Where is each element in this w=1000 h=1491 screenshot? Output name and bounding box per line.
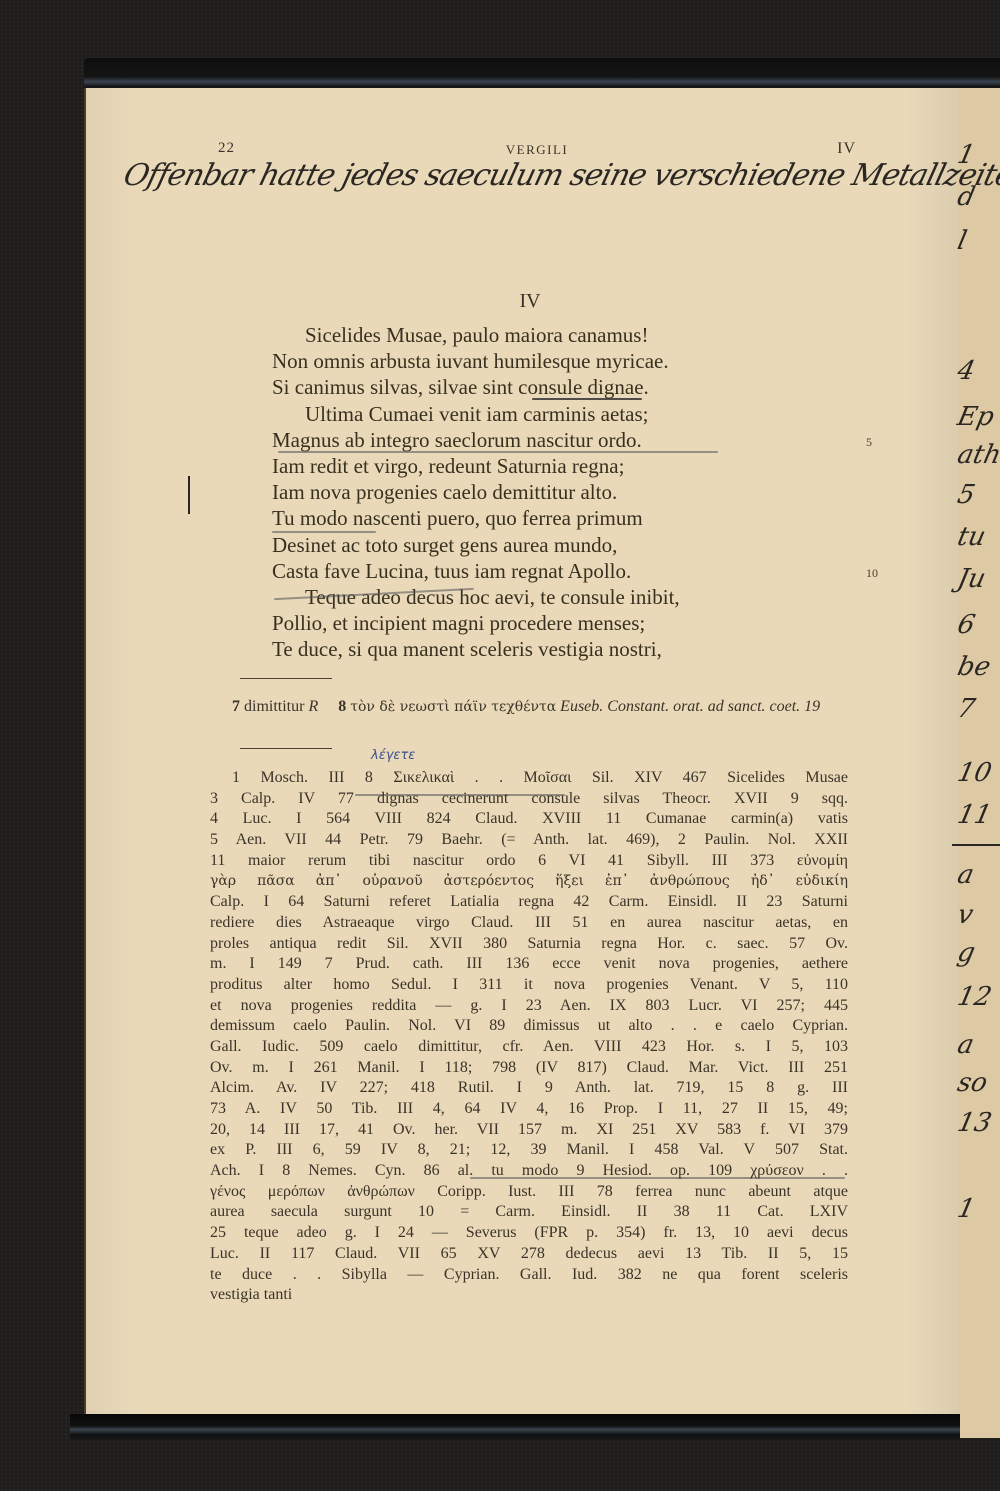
note-line: 11 maior rerum tibi nascitur ordo 6 VI 4… [210,851,848,872]
book-cover-bottom-edge [70,1414,960,1440]
note-line: vestigia tanti [210,1285,848,1306]
verse-line: Iam nova progenies caelo demittitur alto… [272,479,872,505]
note-line: Alcim. Av. IV 227; 418 Rutil. I 9 Anth. … [210,1078,848,1099]
verse-line: Ultima Cumaei venit iam carminis aetas; [272,401,872,427]
verse-text: Pollio, et incipient magni procedere men… [272,611,645,635]
verse-ref: 8 [338,698,346,715]
verse-text: Tu modo nascenti puero, quo ferrea primu… [272,506,643,530]
note-line: Gall. Iudic. 509 caelo dimittitur, cfr. … [210,1037,848,1058]
note-line: Luc. II 117 Claud. VII 65 XV 278 dedecus… [210,1244,848,1265]
note-line: demissum caelo Paulin. Nol. VI 89 dimiss… [210,1016,848,1037]
source-reference: Euseb. Constant. orat. ad sanct. coet. 1… [560,698,820,715]
margin-glyph: 12 [955,982,994,1012]
note-line: ex P. III 6, 59 IV 8, 21; 12, 39 Manil. … [210,1140,848,1161]
critical-apparatus: 7 dimittitur R 8 τὸν δὲ νεωστὶ πάϊν τεχθ… [232,696,848,718]
verse-text: Desinet ac toto surget gens aurea mundo, [272,533,617,557]
verse-line: Casta fave Lucina, tuus iam regnat Apoll… [272,558,872,584]
handwritten-interlinear-note: λέγετε [371,748,415,763]
note-line: Ach. I 8 Nemes. Cyn. 86 al. tu modo 9 He… [210,1161,848,1182]
verse-ref: 7 [232,698,240,715]
margin-glyph: be [955,652,993,682]
verse-text: Ultima Cumaei venit iam carminis aetas; [305,402,649,426]
handwritten-top-note: Offenbar hatte jedes saeculum seine vers… [111,158,888,228]
note-line: et nova progenies reddita — g. I 23 Aen.… [210,996,848,1017]
note-line: 4 Luc. I 564 VIII 824 Claud. XVIII 11 Cu… [210,809,848,830]
line-number: 5 [866,429,872,455]
verse-line: Tu modo nascenti puero, quo ferrea primu… [272,505,872,531]
verse-line: Iam redit et virgo, redeunt Saturnia reg… [272,453,872,479]
running-title: VERGILI [218,142,856,158]
section-number: IV [837,140,856,158]
note-line: m. I 149 7 Prud. cath. III 136 ecce veni… [210,954,848,975]
verse-line: Si canimus silvas, silvae sint consule d… [272,374,872,400]
note-line: aurea saecula surgunt 10 = Carm. Einsidl… [210,1202,848,1223]
margin-mark [188,476,190,514]
note-line: 5 Aen. VII 44 Petr. 79 Baehr. (= Anth. l… [210,830,848,851]
margin-rule [952,844,1000,846]
verse-text: Teque adeo decus hoc aevi, te consule in… [305,585,680,609]
note-line: proles antiqua redit Sil. XVII 380 Satur… [210,934,848,955]
verse-line: Magnus ab integro saeclorum nascitur ord… [272,427,872,453]
verse-text: Iam nova progenies caelo demittitur alto… [272,480,617,504]
note-line: te duce . . Sibylla — Cyprian. Gall. Iud… [210,1265,848,1286]
verse-text: Iam redit et virgo, redeunt Saturnia reg… [272,454,624,478]
verse-text: Te duce, si qua manent sceleris vestigia… [272,637,662,661]
note-line: 3 Calp. IV 77 dignas cecinerunt consule … [210,789,848,810]
margin-glyph: ath [955,440,1000,470]
pencil-underline [272,531,376,533]
verse-text: Casta fave Lucina, tuus iam regnat Apoll… [272,559,631,583]
note-line: Ov. m. I 261 Manil. I 118; 798 (IV 817) … [210,1058,848,1079]
manuscript-siglum: R [308,698,318,715]
margin-glyph: 10 [955,758,994,788]
book-cover-top-edge [84,58,1000,92]
note-line: γένος μερόπων ἀνθρώπων Coripp. Iust. III… [210,1182,848,1203]
note-line: rediere dies Astraeaque virgo Claud. III… [210,913,848,934]
verse-text: Si canimus silvas, silvae sint consule d… [272,375,649,399]
variant-reading: dimittitur [244,698,304,715]
note-line: γὰρ πᾶσα ἀπ᾽ οὐρανοῦ ἀστερόεντος ἥξει ἐπ… [210,871,848,892]
margin-glyph: 11 [955,800,994,830]
note-line: 1 Mosch. III 8 Σικελικαὶ . . Μοῖσαι Sil.… [210,768,848,789]
verse-line: Non omnis arbusta iuvant humilesque myri… [272,348,872,374]
verse-text: Sicelides Musae, paulo maiora canamus! [305,323,648,347]
poem-title: IV [0,290,1000,313]
pencil-underline [532,398,642,400]
margin-glyph: 13 [955,1108,994,1138]
note-line: 73 A. IV 50 Tib. III 4, 64 IV 4, 16 Prop… [210,1099,848,1120]
line-number: 10 [866,560,878,586]
note-line: 20, 14 III 17, 41 Ov. her. VII 157 m. XI… [210,1120,848,1141]
verse-line: Pollio, et incipient magni procedere men… [272,610,872,636]
poem-text: Sicelides Musae, paulo maiora canamus! N… [272,322,872,662]
pencil-underline [278,451,718,453]
divider-rule [240,678,332,679]
verse-line: Teque adeo decus hoc aevi, te consule in… [272,584,872,610]
verse-line: Desinet ac toto surget gens aurea mundo, [272,532,872,558]
note-line: 25 teque adeo g. I 24 — Severus (FPR p. … [210,1223,848,1244]
divider-rule [240,748,332,749]
verse-text: Non omnis arbusta iuvant humilesque myri… [272,349,669,373]
note-line: proditus alter homo Sedul. I 311 it nova… [210,975,848,996]
greek-quote: τὸν δὲ νεωστὶ πάϊν τεχθέντα [350,699,556,715]
testimonia: 1 Mosch. III 8 Σικελικαὶ . . Μοῖσαι Sil.… [210,768,848,1306]
note-line: Calp. I 64 Saturni referet Latialia regn… [210,892,848,913]
verse-text: Magnus ab integro saeclorum nascitur ord… [272,428,642,452]
verse-line: Sicelides Musae, paulo maiora canamus! [272,322,872,348]
margin-glyph: Ep [955,402,997,432]
verse-line: Te duce, si qua manent sceleris vestigia… [272,636,872,662]
